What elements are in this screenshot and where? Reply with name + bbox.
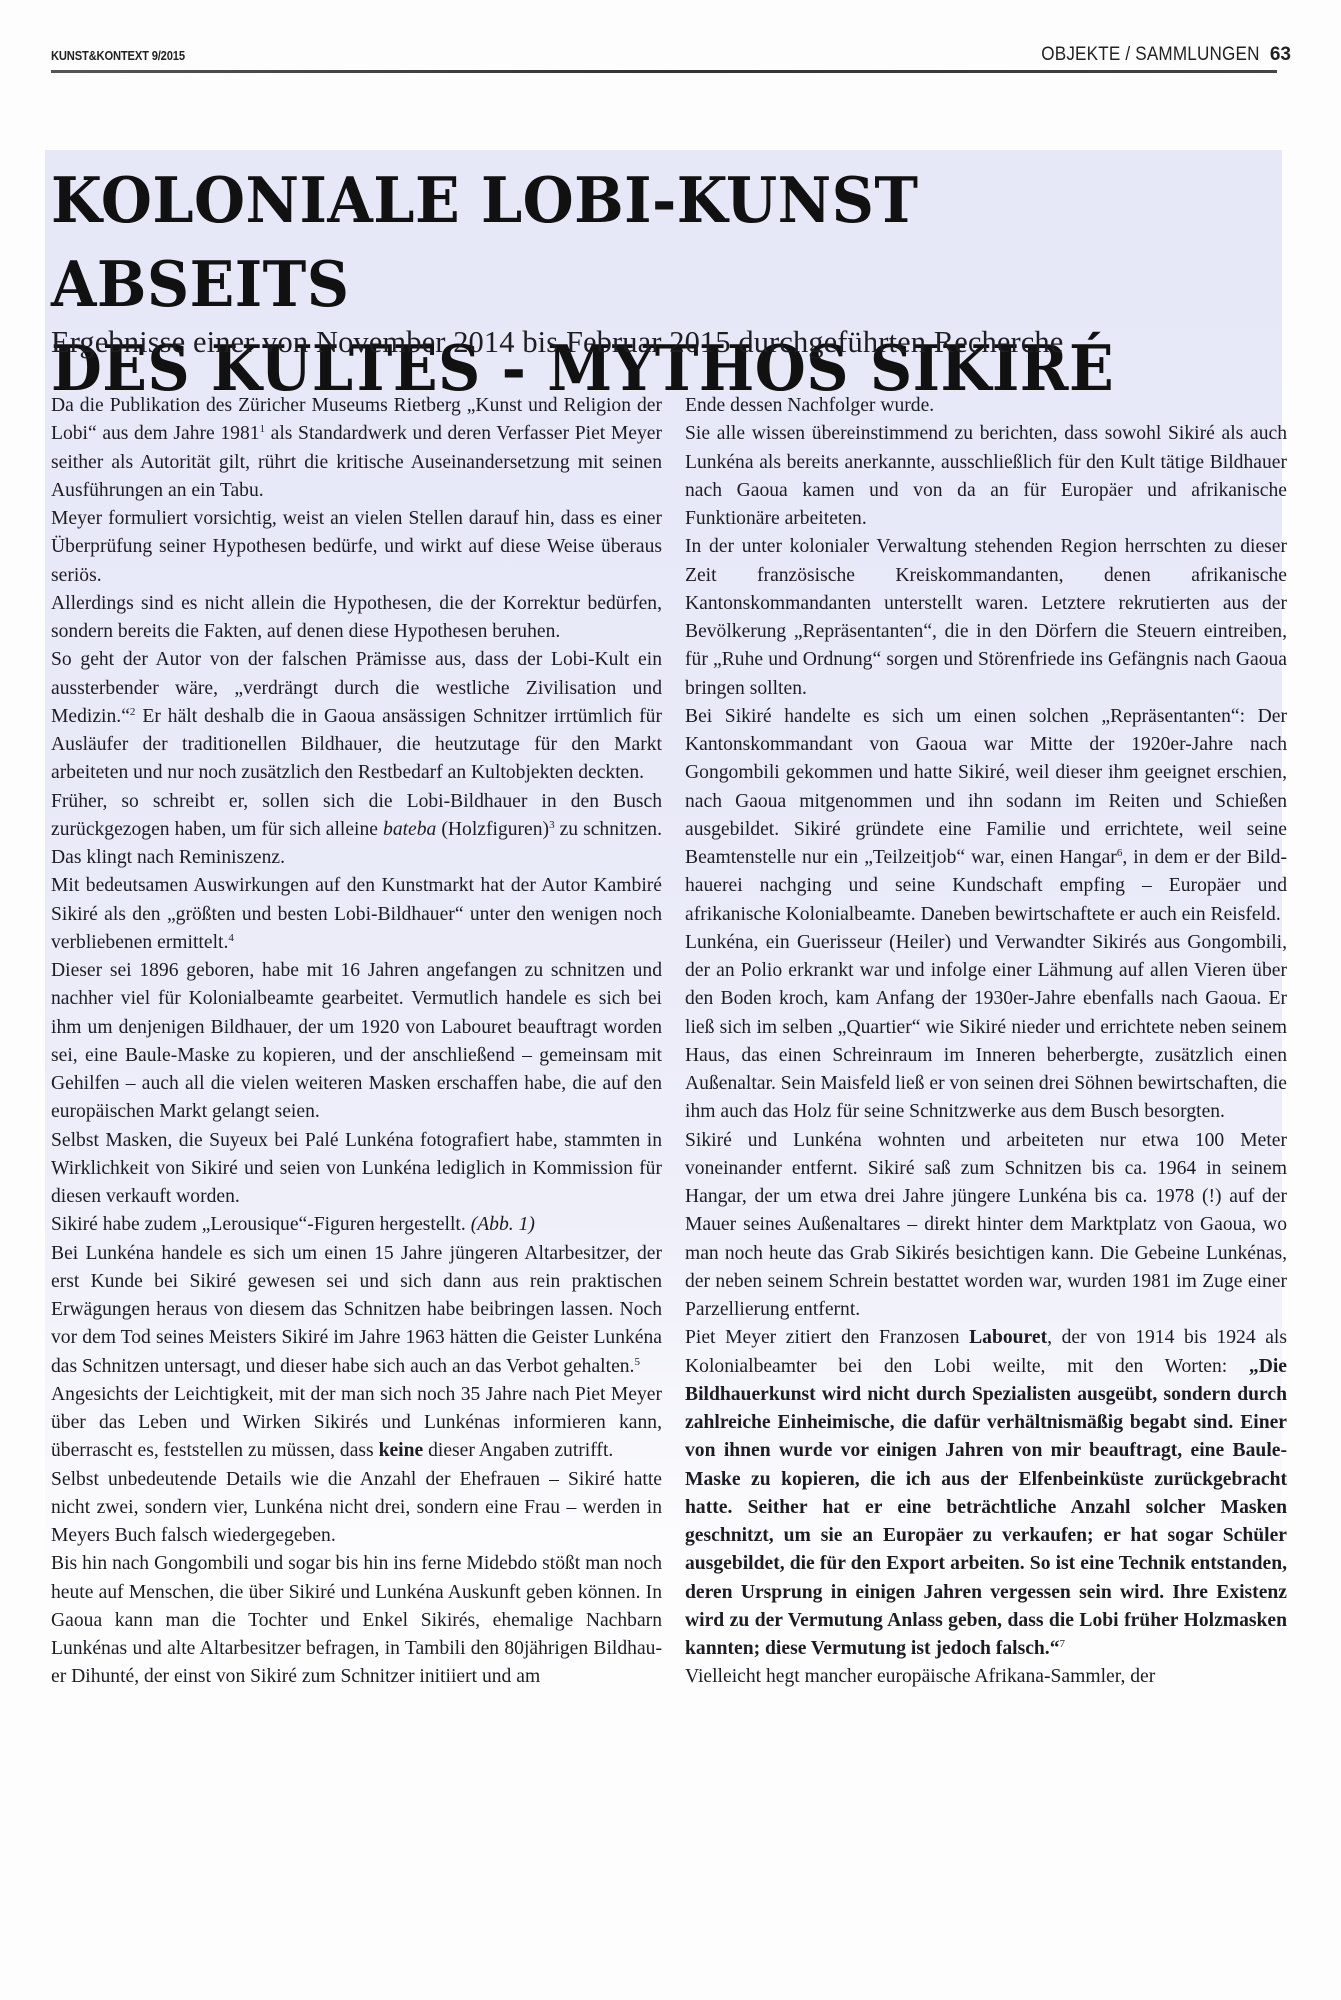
section-label: OBJEKTE / SAMMLUNGEN [1042, 44, 1260, 66]
running-head: KUNST&KONTEXT 9/2015 OBJEKTE / SAMMLUNGE… [51, 46, 1291, 68]
header-rule [51, 70, 1277, 73]
paragraph: Bis hin nach Gongombili und sogar bis hi… [51, 1550, 662, 1691]
page-number: 63 [1270, 44, 1291, 66]
text: Bei Lunkéna handele es sich um einen 15 … [51, 1243, 662, 1377]
block-quotation: „Die Bildhauerkunst wird nicht durch Spe… [685, 1356, 1287, 1660]
title-line-1: KOLONIALE LOBI-KUNST ABSEITS [51, 163, 918, 321]
text: Piet Meyer zitiert den Franzosen [685, 1327, 969, 1348]
text: Bei Sikiré handelte es sich um einen sol… [685, 706, 1287, 868]
paragraph: Mit bedeutsamen Auswirkungen auf den Kun… [51, 872, 662, 957]
paragraph: Bei Sikiré handelte es sich um einen sol… [685, 703, 1287, 929]
article-subtitle: Ergebnisse einer von November 2014 bis F… [51, 325, 1063, 360]
person-name: Labouret [969, 1327, 1047, 1348]
paragraph: Allerdings sind es nicht allein die Hypo… [51, 590, 662, 647]
text: dieser Angaben zutrifft. [423, 1440, 613, 1461]
paragraph: Da die Publikation des Züricher Museums … [51, 392, 662, 505]
section-and-page: OBJEKTE / SAMMLUNGEN 63 [1017, 44, 1291, 66]
paragraph: Sikiré und Lunkéna wohnten und arbeitete… [685, 1127, 1287, 1325]
paragraph: Sikiré habe zudem „Lerousique“-Figuren h… [51, 1211, 662, 1239]
right-column: Ende dessen Nachfolger wurde. Sie alle w… [685, 392, 1287, 1692]
paragraph: Angesichts der Leichtigkeit, mit der man… [51, 1381, 662, 1466]
footnote-ref-5: 5 [634, 1356, 640, 1368]
paragraph: Lunkéna, ein Guerisseur (Heiler) und Ver… [685, 929, 1287, 1127]
paragraph: Früher, so schreibt er, sollen sich die … [51, 788, 662, 873]
paragraph: Selbst unbedeutende Details wie die Anza… [51, 1466, 662, 1551]
footnote-ref-4: 4 [228, 932, 234, 944]
article-title: KOLONIALE LOBI-KUNST ABSEITS DES KULTES … [51, 158, 1204, 410]
paragraph: Piet Meyer zitiert den Franzosen Laboure… [685, 1324, 1287, 1663]
text: Mit bedeutsamen Auswirkungen auf den Kun… [51, 875, 662, 953]
paragraph: Dieser sei 1896 geboren, habe mit 16 Jah… [51, 957, 662, 1127]
footnote-ref-7: 7 [1060, 1638, 1066, 1650]
text: Sikiré habe zudem „Lerousique“-Figuren h… [51, 1214, 471, 1235]
paragraph: Selbst Masken, die Suyeux bei Palé Lunké… [51, 1127, 662, 1212]
figure-reference: (Abb. 1) [471, 1214, 535, 1235]
paragraph: So geht der Autor von der falschen Prämi… [51, 646, 662, 787]
text: (Holz­figuren) [436, 819, 549, 840]
paragraph: Meyer formuliert vorsichtig, weist an vi… [51, 505, 662, 590]
magazine-issue-label: KUNST&KONTEXT 9/2015 [51, 48, 185, 63]
paragraph: Sie alle wissen übereinstimmend zu beric… [685, 420, 1287, 533]
left-column: Da die Publikation des Züricher Museums … [51, 392, 662, 1692]
emphasis: keine [379, 1440, 424, 1461]
paragraph: Ende dessen Nachfolger wurde. [685, 392, 1287, 420]
paragraph: Vielleicht hegt mancher europäische Afri… [685, 1663, 1287, 1691]
text: Er hält deshalb die in Gaoua ansässigen … [51, 706, 662, 784]
paragraph: In der unter kolonialer Verwaltung stehe… [685, 533, 1287, 703]
paragraph: Bei Lunkéna handele es sich um einen 15 … [51, 1240, 662, 1381]
italic-term: bateba [383, 819, 436, 840]
